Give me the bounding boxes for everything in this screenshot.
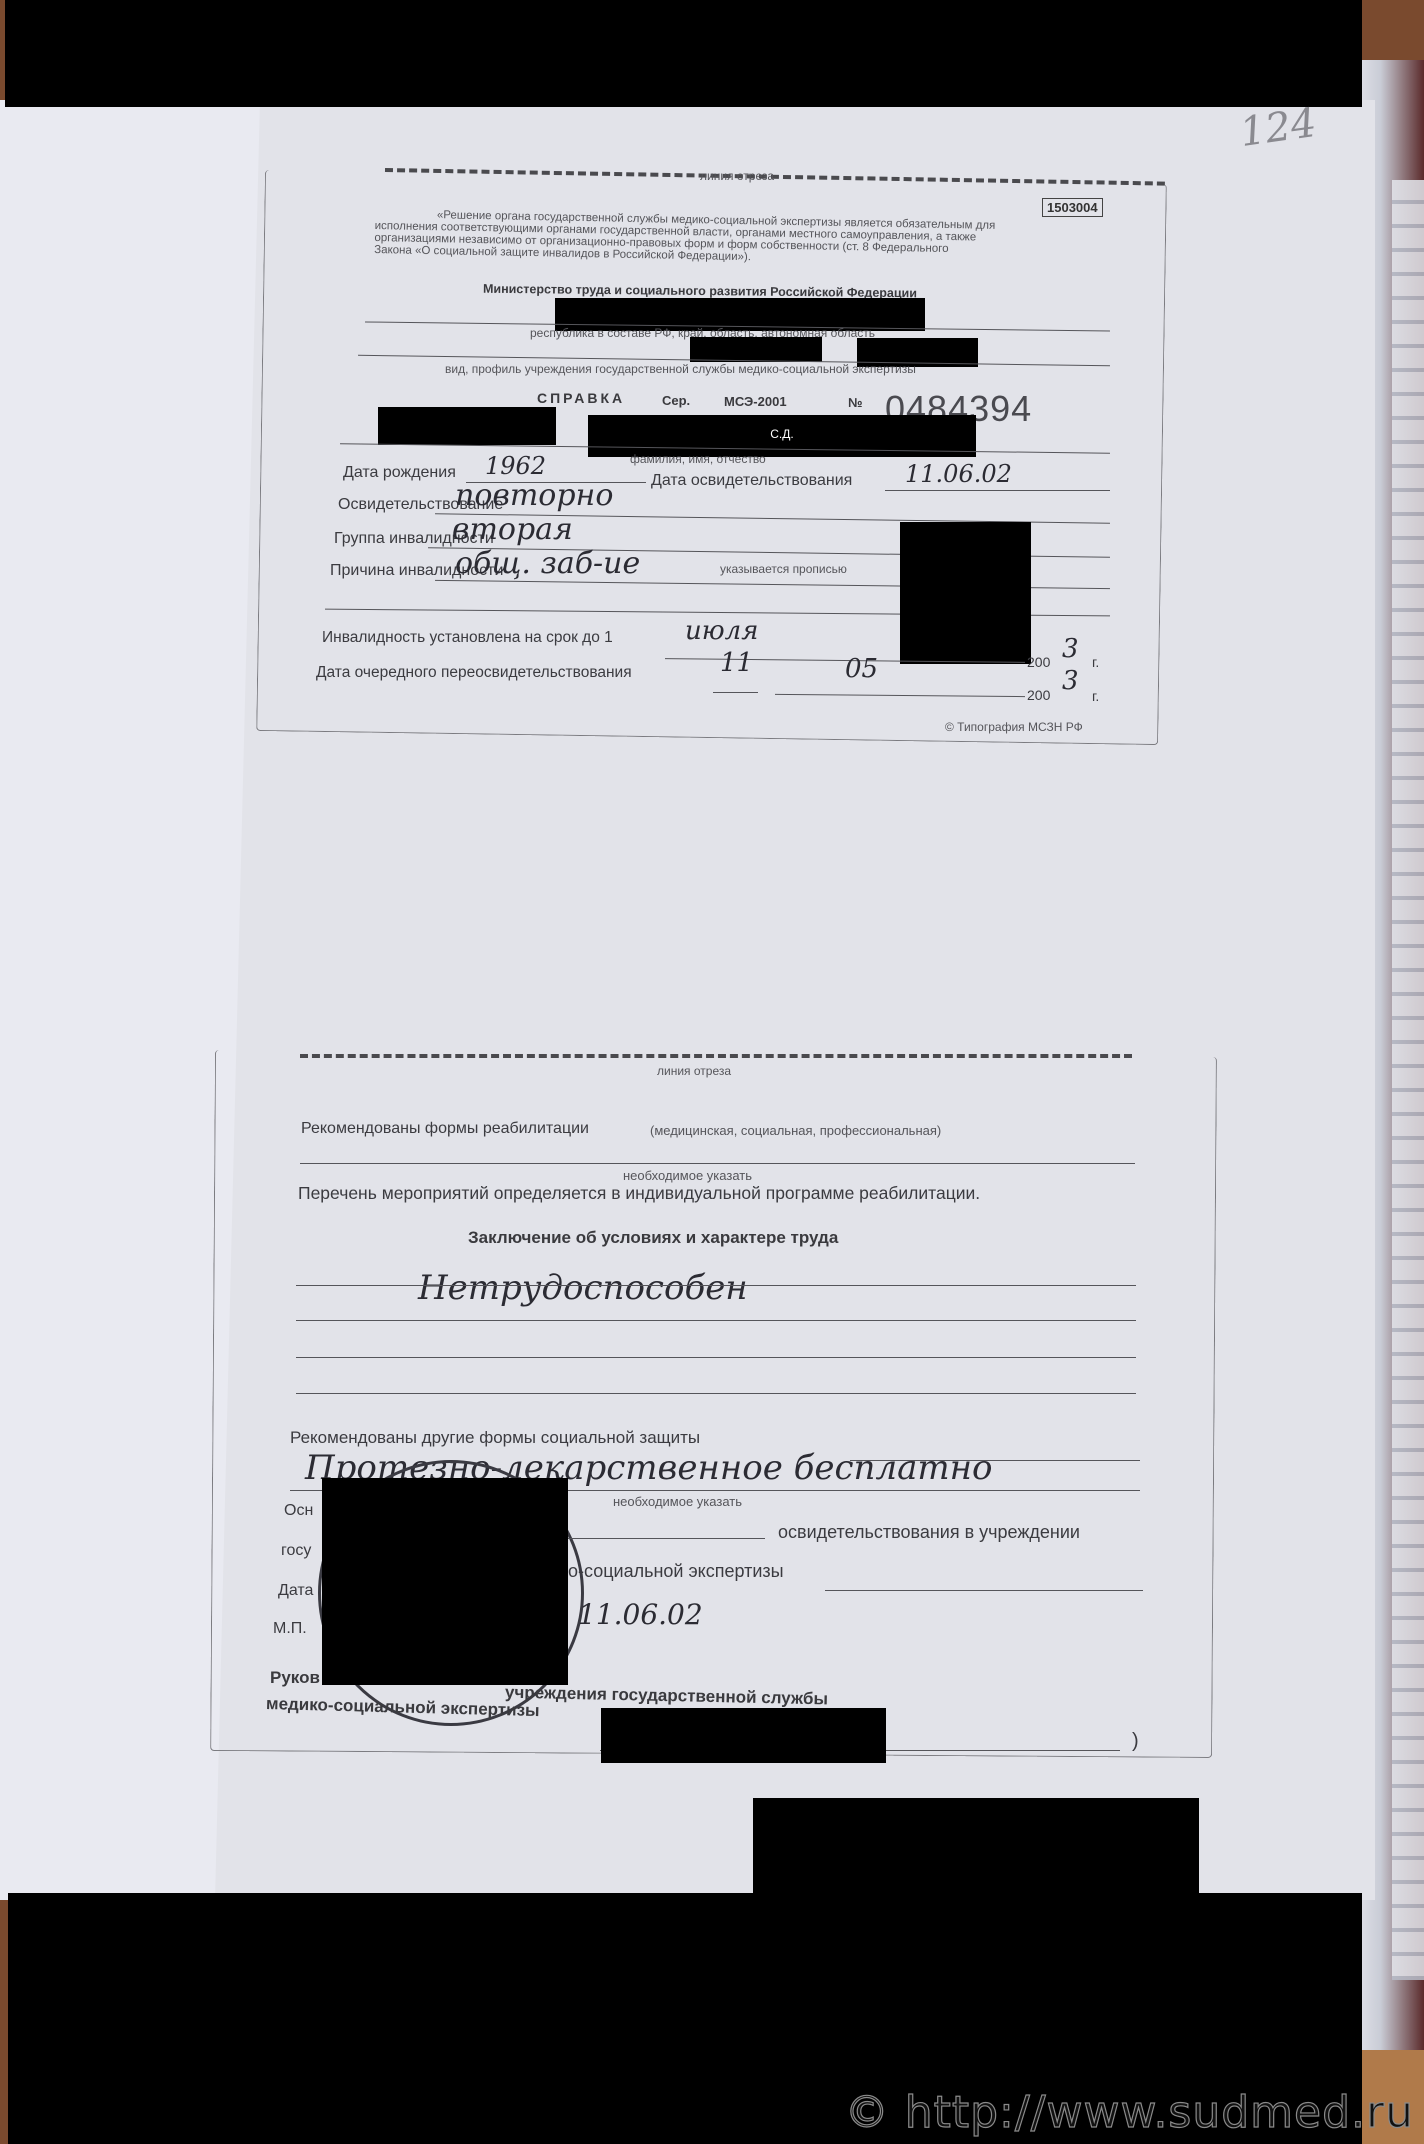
redaction-seal — [322, 1478, 568, 1685]
series-value: МСЭ-2001 — [724, 394, 787, 409]
examination-value: повторно — [455, 478, 613, 513]
rehab-line — [300, 1163, 1135, 1164]
basis-fragment: Осн — [284, 1502, 313, 1520]
basis-line — [565, 1538, 765, 1539]
number-label: № — [848, 395, 863, 410]
social-label: Рекомендованы другие формы социальной за… — [290, 1428, 700, 1448]
cut-line-bottom — [300, 1054, 1132, 1058]
must-specify-2: необходимое указать — [613, 1494, 742, 1509]
group-value: вторая — [452, 512, 573, 547]
term-year-prefix: 200 — [1027, 654, 1050, 670]
rehab-note: Перечень мероприятий определяется в инди… — [298, 1183, 980, 1204]
expertise-line — [825, 1590, 1143, 1591]
reexam-year-suffix: 3 — [1062, 666, 1079, 696]
reexam-month: 05 — [845, 654, 878, 684]
certificate-title: СПРАВКА — [537, 390, 625, 406]
institution-caption: вид, профиль учреждения государственной … — [445, 362, 916, 376]
term-label: Инвалидность установлена на срок до 1 — [322, 629, 613, 647]
expertise-text: о-социальной экспертизы — [568, 1561, 784, 1582]
state-fragment: госу — [281, 1542, 311, 1560]
reexam-day-line — [713, 692, 758, 693]
cause-caption: указывается прописью — [720, 562, 847, 576]
head-fragment: Руков — [270, 1668, 320, 1688]
term-year-unit: г. — [1092, 654, 1099, 670]
exam-date-line — [885, 490, 1110, 491]
conclusion-line-4 — [296, 1393, 1136, 1394]
term-month: июля — [685, 616, 758, 646]
reexam-year-unit: г. — [1092, 688, 1099, 704]
issue-date-value: 11.06.02 — [578, 1598, 703, 1631]
reexam-label: Дата очередного переосвидетельствования — [316, 664, 632, 682]
redaction-footer — [753, 1798, 1199, 1893]
form-code: 1503004 — [1042, 198, 1103, 217]
name-fragment: С.Д. — [770, 427, 793, 441]
name-caption: фамилия, имя, отчество — [630, 452, 766, 466]
reexam-day: 11 — [720, 648, 753, 678]
conclusion-line-1 — [296, 1285, 1136, 1286]
date-fragment: Дата — [278, 1582, 313, 1600]
redaction-signature — [601, 1708, 886, 1763]
conclusion-title: Заключение об условиях и характере труда — [468, 1228, 838, 1248]
birth-date-value: 1962 — [485, 452, 546, 480]
close-paren: ) — [1132, 1730, 1139, 1753]
series-label: Сер. — [662, 393, 690, 408]
redaction-name-1 — [378, 407, 556, 445]
exam-date-label: Дата освидетельствования — [651, 472, 852, 490]
watermark: © http://www.sudmed.ru — [845, 2087, 1414, 2138]
term-year-suffix: 3 — [1062, 634, 1079, 664]
seal-label: М.П. — [273, 1620, 307, 1638]
basis-text: освидетельствования в учреждении — [778, 1522, 1080, 1543]
redaction-region-2 — [690, 337, 822, 362]
conclusion-line-2 — [296, 1320, 1136, 1321]
redaction-stamp — [900, 522, 1031, 664]
conclusion-line-3 — [296, 1357, 1136, 1358]
conclusion-value: Нетрудоспособен — [418, 1268, 748, 1308]
redaction-top — [5, 0, 1362, 107]
reexam-year-prefix: 200 — [1027, 687, 1050, 703]
birth-date-label: Дата рождения — [343, 464, 456, 482]
cut-line-label: линия отреза — [700, 169, 774, 183]
printer-credit: © Типография МСЗН РФ — [945, 720, 1083, 734]
exam-date-value: 11.06.02 — [905, 460, 1012, 488]
rehab-caption: (медицинская, социальная, профессиональн… — [650, 1123, 941, 1138]
must-specify-1: необходимое указать — [623, 1168, 752, 1183]
rehab-label: Рекомендованы формы реабилитации — [301, 1120, 589, 1138]
background-papers — [1392, 180, 1424, 1980]
cause-value: общ. заб-ие — [455, 546, 640, 581]
cut-line-label-bottom: линия отреза — [657, 1064, 731, 1078]
